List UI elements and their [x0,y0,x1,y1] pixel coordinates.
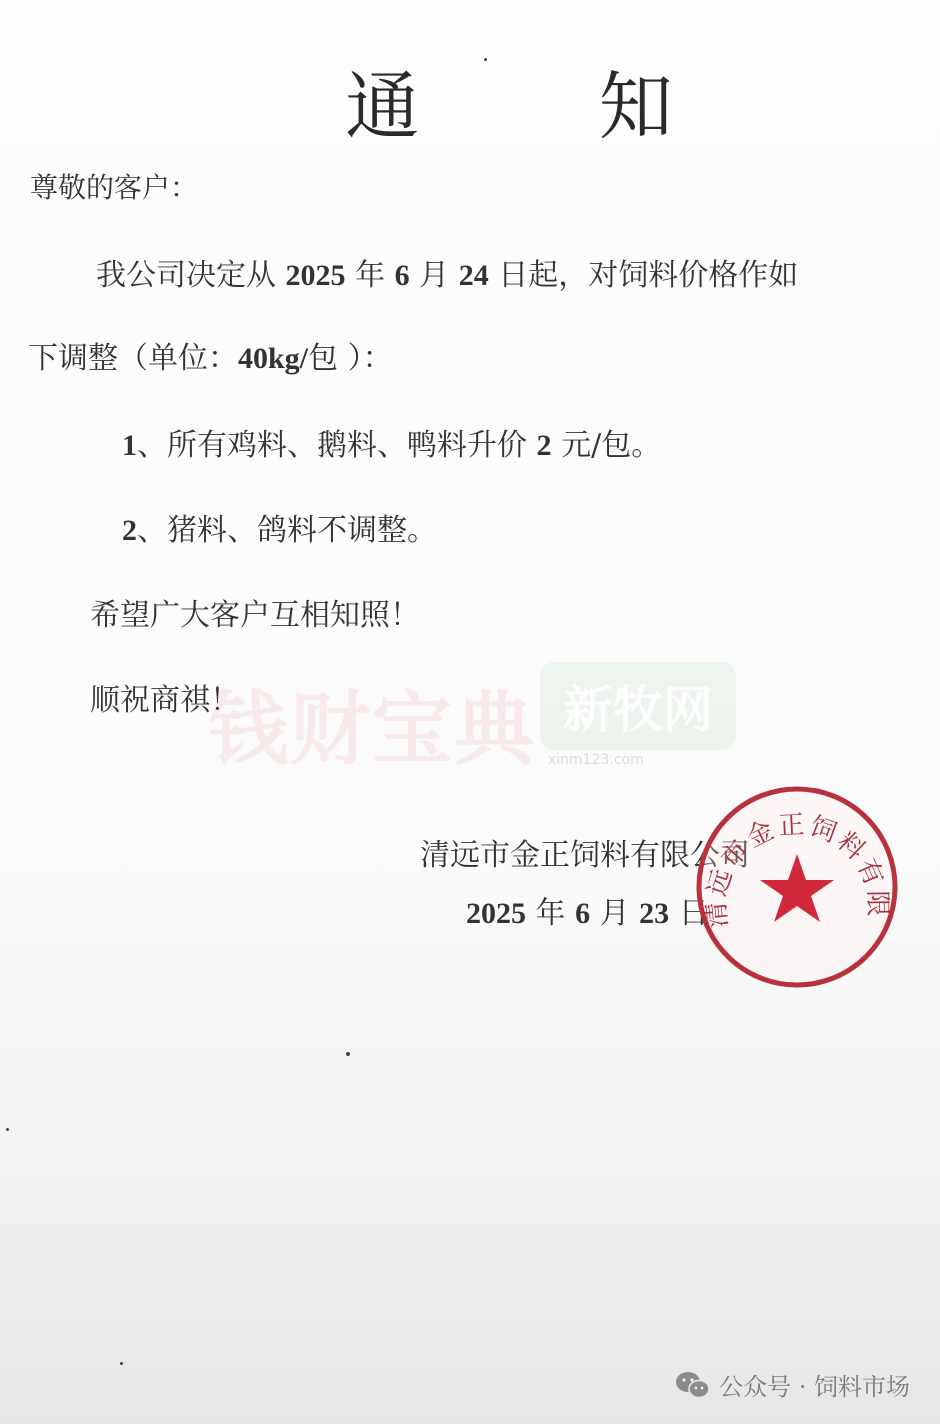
watermark-right: 新牧网 [540,662,736,750]
greeting: 尊敬的客户： [30,166,198,206]
effective-month: 6 [395,259,410,292]
paragraph-line-1: 我公司决定从 2025 年 6 月 24 日起，对饲料价格作如 [96,250,798,294]
scan-speck [346,1052,350,1056]
watermark-left: 钱财宝典 [208,665,536,780]
effective-day: 24 [459,259,489,292]
footer-label[interactable]: 公众号 · 饲料市场 [719,1367,910,1402]
document-title: 通 知 [0,48,940,154]
adjustment-item-1: 1、所有鸡料、鹅料、鸭料升价 2 元/包。 [122,420,661,464]
document-page: 通 知 尊敬的客户： 我公司决定从 2025 年 6 月 24 日起，对饲料价格… [0,0,940,1424]
price-increase: 2 [537,429,552,462]
wechat-icon [675,1370,711,1400]
adjustment-item-2: 2、猪料、鸽料不调整。 [122,505,437,549]
effective-year: 2025 [286,259,346,292]
company-seal-icon: 清远市金正饲料有限公司 [692,782,902,992]
closing-line-1: 希望广大客户互相知照！ [90,590,420,634]
scan-speck [6,1128,9,1131]
scan-speck [120,1362,123,1365]
unit-weight: 40kg/ [238,342,308,375]
footer-source: 公众号 · 饲料市场 [675,1367,910,1402]
watermark-url: xinm123.com [548,752,644,768]
paragraph-line-2: 下调整（单位：40kg/包 ）： [28,333,393,377]
scan-speck [484,58,487,61]
signature-date: 2025 年 6 月 23 日 [466,888,709,932]
